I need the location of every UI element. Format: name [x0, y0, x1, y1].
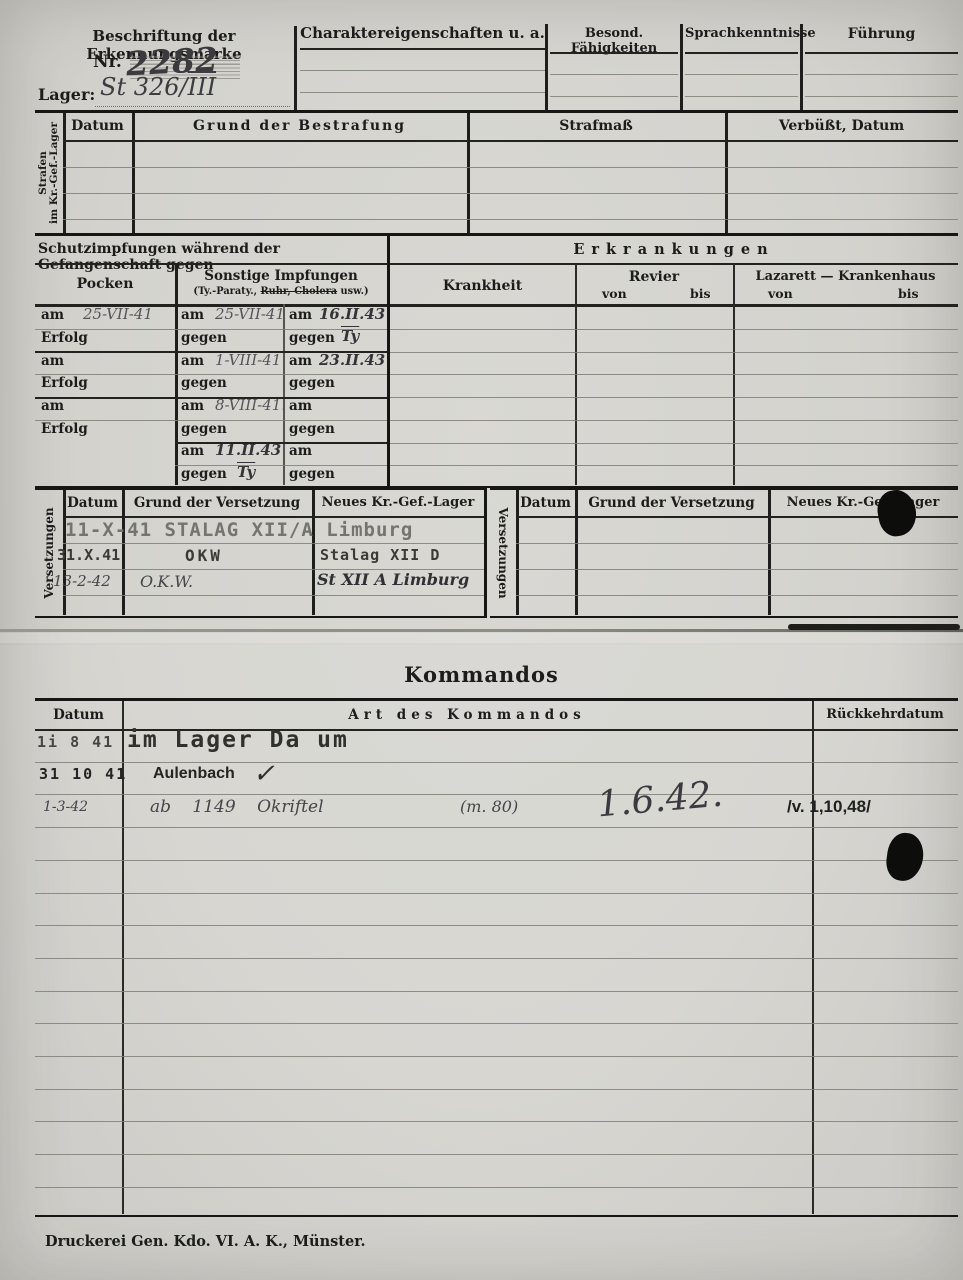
impf-label: am [41, 353, 64, 369]
column-divider [680, 24, 683, 110]
kommando-row-art: ab 1149 Okriftel [150, 797, 324, 817]
impf-value: 25-VII-41 [83, 305, 153, 323]
kommando-row-art: im Lager Da um [127, 727, 349, 753]
kommando-row-art: Aulenbach [153, 765, 235, 783]
impf-row: am11.II.43 am [35, 443, 387, 465]
versetzung-row-grund: OKW [185, 546, 223, 565]
impf-label: am [181, 307, 204, 323]
paper-fold-shadow [788, 624, 960, 630]
kommando-row-datum: 1-3-42 [43, 799, 88, 815]
versetzungen-side-label: Versetzungen [490, 490, 516, 615]
faehigkeiten-column: Besond. Fähigkeiten [550, 26, 678, 110]
paper-fold-highlight [0, 633, 963, 643]
kommando-row-art-note: (m. 80) [460, 797, 518, 816]
impf-value: Ty [237, 463, 255, 481]
erkrankungen-table: Erkrankungen Krankheit Revier von bis La… [390, 236, 958, 488]
impf-label: am [181, 443, 204, 459]
impf-label: gegen [289, 375, 335, 391]
impf-row: Erfolg gegen gegen [35, 375, 387, 397]
header-underline [35, 263, 387, 265]
impf-label: Erfolg [41, 421, 88, 437]
impf-value: 1-VIII-41 [215, 351, 281, 369]
impf-label: am [41, 398, 64, 414]
printer-imprint: Druckerei Gen. Kdo. VI. A. K., Münster. [45, 1233, 366, 1250]
charakter-column: Charaktereigenschaften u. a. [300, 24, 545, 110]
column-divider [545, 24, 548, 110]
impf-label: gegen [289, 421, 335, 437]
impf-value: 11.II.43 [215, 441, 281, 459]
kommando-row-datum: 31 10 41 [39, 765, 127, 783]
column-divider [800, 24, 803, 110]
impf-label: am [41, 307, 64, 323]
impf-row: gegenTy gegen [35, 466, 387, 488]
ruled-lines [300, 24, 545, 110]
impf-label: am [289, 398, 312, 414]
versetzung-row-datum: 13-2-42 [53, 572, 111, 590]
kommandos-table: Datum Art des Kommandos Rückkehrdatum 1i… [35, 698, 958, 1217]
strafen-side-label: Strafen im Kr.-Gef.-Lager [35, 113, 63, 233]
impf-col-sonstige: Sonstige Impfungen [175, 268, 387, 284]
lager-label: Lager: [38, 85, 95, 104]
versetzung-row-grund: O.K.W. [140, 572, 193, 591]
impf-value: Ty [341, 327, 359, 345]
versetzung-row-neues: Stalag XII D [320, 546, 440, 564]
versetzungen-left-table: Versetzungen Datum Grund der Versetzung … [35, 488, 487, 618]
impf-col-pocken: Pocken [35, 276, 175, 292]
versetzung-stamp-row: 11-X-41 STALAG XII/A Limburg [65, 519, 495, 541]
versetzung-row-neues: St XII A Limburg [317, 570, 469, 589]
ruled-lines [550, 26, 678, 110]
impf-label: am [289, 307, 312, 323]
versetzungen-right-table: Versetzungen Datum Grund der Versetzung … [490, 488, 958, 618]
impf-label: gegen [181, 466, 227, 482]
column-divider [294, 26, 297, 110]
impfungen-table: Schutzimpfungen während der Gefangenscha… [35, 236, 390, 488]
impf-label: gegen [181, 421, 227, 437]
fuehrung-column: Führung [805, 26, 958, 110]
impf-label: Erfolg [41, 330, 88, 346]
kommandos-title: Kommandos [0, 662, 963, 687]
impf-label: gegen [181, 330, 227, 346]
ruled-lines [390, 236, 958, 486]
lager-value-handwritten: St 326/III [100, 73, 216, 101]
impf-value: 8-VIII-41. [215, 396, 286, 414]
kommando-row-datum: 1i 8 41 [37, 733, 114, 751]
impf-row: am25-VII-41 am25-VII-41 am16.II.43 [35, 307, 387, 329]
impf-label: am [289, 353, 312, 369]
impf-value: 23.II.43 [319, 351, 385, 369]
pow-record-card: Beschriftung der Erkennungsmarke Nr. 228… [0, 0, 963, 1280]
impf-row: Erfolg gegen gegen [35, 421, 387, 443]
impf-row: Erfolg gegen gegenTy [35, 330, 387, 352]
impf-value: 25-VII-41 [215, 305, 285, 323]
strafen-table: Strafen im Kr.-Gef.-Lager Datum Grund de… [35, 110, 958, 236]
impf-label: am [181, 353, 204, 369]
checkmark: ✓ [253, 759, 275, 789]
impf-label: am [289, 443, 312, 459]
impf-label: Erfolg [41, 375, 88, 391]
impf-label: gegen [289, 330, 335, 346]
ruled-lines [805, 26, 958, 110]
impf-label: gegen [289, 466, 335, 482]
ruled-lines [63, 113, 958, 233]
versetzung-row-datum: 31.X.41 [57, 546, 120, 564]
impf-label: gegen [181, 375, 227, 391]
impf-value: 16.II.43 [319, 305, 385, 323]
sprachen-column: Sprachkenntnisse [685, 26, 798, 110]
impf-row: am am8-VIII-41. am [35, 398, 387, 420]
ruled-lines [685, 26, 798, 110]
kommando-row-rueckkehr: /v. 1,10,48/ [787, 797, 871, 817]
impf-label: am [181, 398, 204, 414]
impf-row: am am1-VIII-41 am23.II.43 [35, 353, 387, 375]
impf-col-sonstige-sub: (Ty.-Paraty., Ruhr, Cholera usw.) [175, 286, 387, 297]
nr-label: Nr. [93, 52, 122, 72]
